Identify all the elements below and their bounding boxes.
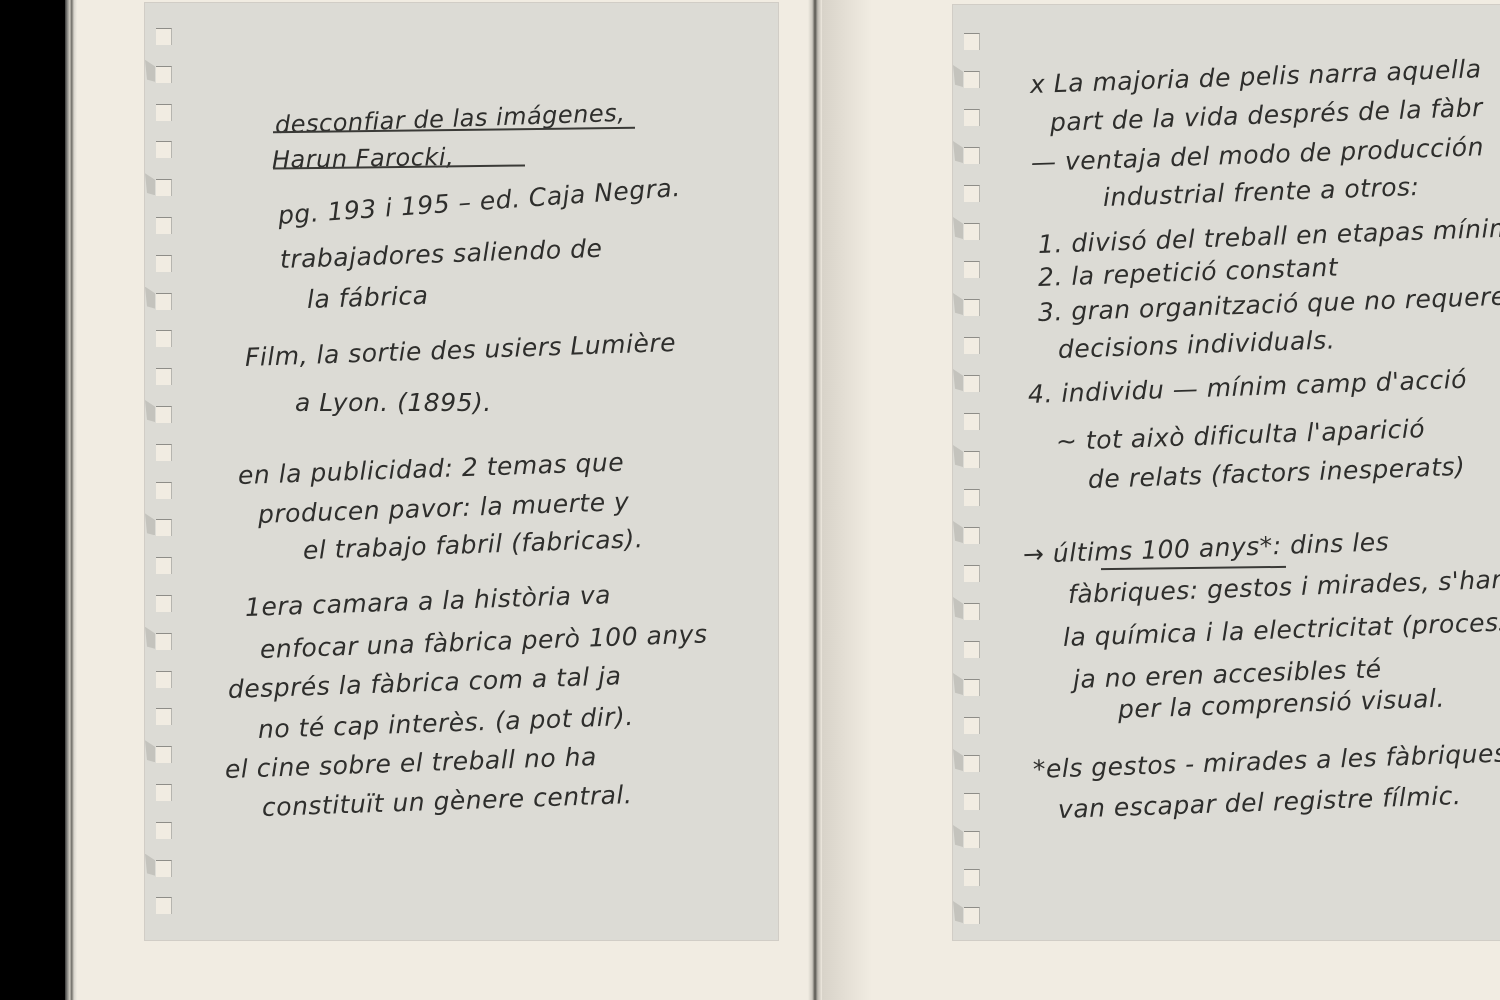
phrase-underline xyxy=(1101,566,1286,570)
perforation-hole xyxy=(964,185,980,202)
book-cover-edge xyxy=(65,0,77,1000)
torn-paper-tab xyxy=(953,901,963,923)
note-line: x La majoria de pelis narra aquella xyxy=(1029,54,1482,99)
note-line: no té cap interès. (a pot dir). xyxy=(257,702,634,744)
note-line: en la publicidad: 2 temas que xyxy=(237,448,624,490)
note-line: van escapar del registre fílmic. xyxy=(1057,781,1461,824)
perforation-hole xyxy=(964,907,980,924)
note-line: 4. individu — mínim camp d'acció xyxy=(1027,365,1467,409)
note-line: de relats (factors inesperats) xyxy=(1087,452,1465,494)
perforation-hole xyxy=(156,557,172,574)
note-line: a Lyon. (1895). xyxy=(295,388,492,417)
perforation-hole xyxy=(964,223,980,240)
note-line: — ventaja del modo de producción xyxy=(1030,132,1484,177)
perforation-hole xyxy=(964,71,980,88)
perforation-hole xyxy=(156,255,172,272)
perforation-hole xyxy=(156,671,172,688)
perforation-hole xyxy=(156,746,172,763)
perforation-hole xyxy=(156,66,172,83)
perforation-hole xyxy=(964,109,980,126)
torn-paper-tab xyxy=(145,854,155,876)
perforation-hole xyxy=(964,679,980,696)
torn-paper-tab xyxy=(953,217,963,239)
torn-paper-tab xyxy=(953,521,963,543)
perforation-hole xyxy=(964,451,980,468)
perforation-hole xyxy=(964,337,980,354)
torn-paper-tab xyxy=(953,749,963,771)
note-line: després la fàbrica com a tal ja xyxy=(227,661,621,704)
perforation-hole xyxy=(156,822,172,839)
note-title: desconfiar de las imágenes, xyxy=(275,99,626,139)
note-line: 1era camara a la història va xyxy=(244,580,611,622)
perforation-hole xyxy=(964,527,980,544)
perforation-hole xyxy=(964,261,980,278)
perforation-hole xyxy=(156,633,172,650)
torn-paper-tab xyxy=(953,825,963,847)
perforation-hole xyxy=(156,179,172,196)
torn-paper-tab xyxy=(145,287,155,309)
perforation-hole xyxy=(964,565,980,582)
torn-paper-tab xyxy=(953,445,963,467)
perforation-hole xyxy=(156,141,172,158)
torn-paper-tab xyxy=(953,141,963,163)
torn-paper-tab xyxy=(145,627,155,649)
perforation-hole xyxy=(156,293,172,310)
note-line: pg. 193 i 195 – ed. Caja Negra. xyxy=(277,173,681,230)
perforation-hole xyxy=(964,299,980,316)
perforation-hole xyxy=(156,595,172,612)
torn-paper-tab xyxy=(953,293,963,315)
torn-paper-tab xyxy=(953,597,963,619)
perforation-hole xyxy=(156,217,172,234)
perforation-hole xyxy=(964,33,980,50)
torn-paper-tab xyxy=(145,60,155,82)
note-author: Harun Farocki, xyxy=(272,143,455,174)
note-line: 1. divisó del treball en etapas mínim xyxy=(1037,213,1500,259)
note-line: → últims 100 anys*: dins les xyxy=(1022,527,1389,569)
note-line: ~ tot això dificulta l'aparició xyxy=(1055,414,1425,456)
spine-shadow xyxy=(822,0,872,1000)
perforation-hole xyxy=(964,831,980,848)
torn-paper-tab xyxy=(953,65,963,87)
torn-paper-tab xyxy=(145,513,155,535)
perforation-hole xyxy=(156,368,172,385)
perforation-hole xyxy=(964,869,980,886)
perforation-hole xyxy=(156,104,172,121)
torn-paper-tab xyxy=(953,673,963,695)
perforation-hole xyxy=(964,603,980,620)
right-sheet: x La majoria de pelis narra aquella part… xyxy=(953,5,1500,940)
perforation-hole xyxy=(156,708,172,725)
left-sheet: desconfiar de las imágenes, Harun Farock… xyxy=(145,3,778,940)
note-line: Film, la sortie des usiers Lumière xyxy=(244,328,676,372)
perforation-hole xyxy=(964,147,980,164)
perforation-hole xyxy=(964,375,980,392)
notebook-spine xyxy=(808,0,822,1000)
note-line: producen pavor: la muerte y xyxy=(257,487,629,529)
note-line: fàbriques: gestos i mirades, s'han xyxy=(1067,565,1500,609)
note-line: *els gestos - mirades a les fàbriques xyxy=(1032,738,1500,784)
note-line: la química i la electricitat (processos xyxy=(1062,606,1500,652)
perforation-hole xyxy=(964,793,980,810)
perforation-hole xyxy=(964,413,980,430)
note-line: el trabajo fabril (fabricas). xyxy=(302,524,643,565)
note-line: decisions individuals. xyxy=(1057,325,1335,364)
perforation-hole xyxy=(964,641,980,658)
note-line: 2. la repetició constant xyxy=(1037,253,1338,292)
perforation-hole xyxy=(156,330,172,347)
note-line: la fábrica xyxy=(306,281,428,314)
perforation-hole xyxy=(156,406,172,423)
torn-paper-tab xyxy=(145,740,155,762)
note-line: el cine sobre el treball no ha xyxy=(224,742,597,784)
perforation-edge xyxy=(953,5,983,940)
perforation-hole xyxy=(156,860,172,877)
torn-paper-tab xyxy=(953,369,963,391)
note-line: industrial frente a otros: xyxy=(1102,172,1419,212)
perforation-hole xyxy=(156,784,172,801)
perforation-hole xyxy=(156,482,172,499)
perforation-hole xyxy=(964,489,980,506)
perforation-hole xyxy=(964,755,980,772)
note-line: constituït un gènere central. xyxy=(261,780,632,822)
perforation-hole xyxy=(156,444,172,461)
perforation-hole xyxy=(156,28,172,45)
perforation-edge xyxy=(145,3,175,940)
perforation-hole xyxy=(156,897,172,914)
note-line: part de la vida després de la fàbr xyxy=(1049,93,1483,137)
torn-paper-tab xyxy=(145,173,155,195)
note-line: trabajadores saliendo de xyxy=(279,234,602,274)
note-line: enfocar una fàbrica però 100 anys xyxy=(259,619,707,664)
torn-paper-tab xyxy=(145,400,155,422)
dark-background xyxy=(0,0,65,1000)
perforation-hole xyxy=(156,519,172,536)
perforation-hole xyxy=(964,717,980,734)
